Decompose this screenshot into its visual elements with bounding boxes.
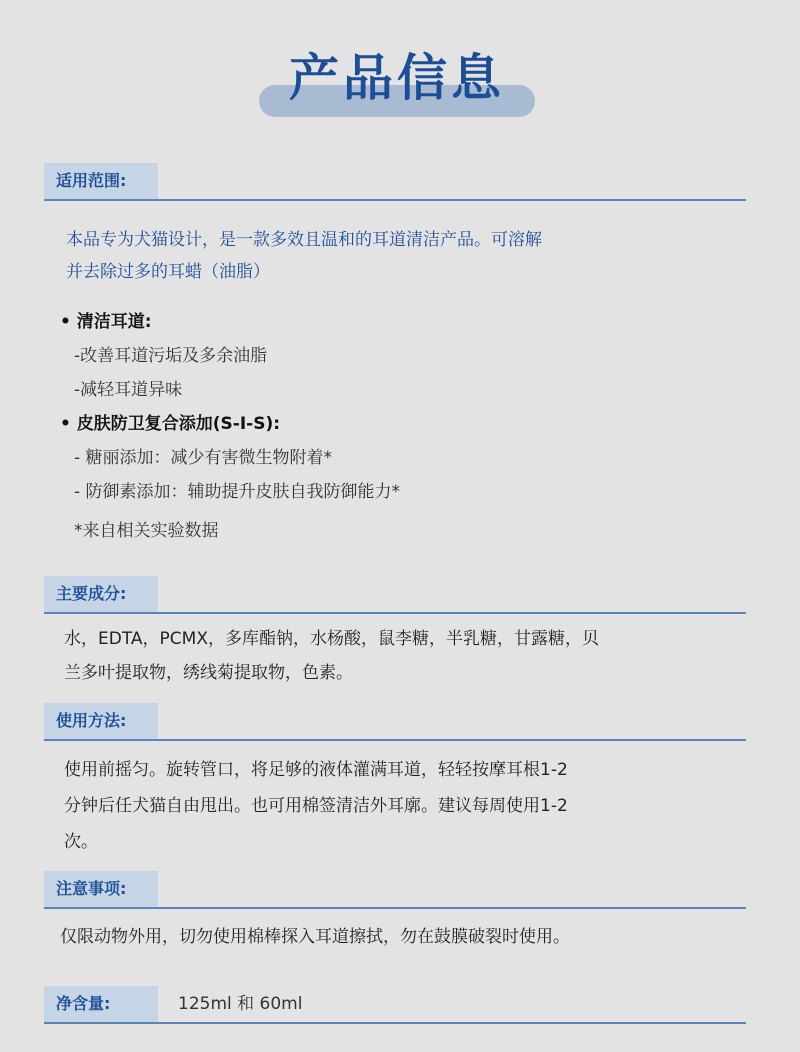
feature-list: • 清洁耳道: -改善耳道污垢及多余油脂 -减轻耳道异味 • 皮肤防卫复合添加(…	[60, 305, 400, 549]
section-header-scope: 适用范围:	[44, 163, 746, 201]
cautions-text: 仅限动物外用，切勿使用棉棒探入耳道擦拭，勿在鼓膜破裂时使用。	[60, 921, 570, 953]
section-label-cautions: 注意事项:	[44, 871, 158, 907]
section-header-cautions: 注意事项:	[44, 871, 746, 909]
section-label-scope: 适用范围:	[44, 163, 158, 199]
section-label-net-content: 净含量:	[44, 986, 158, 1022]
section-header-usage: 使用方法:	[44, 703, 746, 741]
scope-line: 本品专为犬猫设计，是一款多效且温和的耳道清洁产品。可溶解	[66, 224, 542, 256]
ingredients-line: 兰多叶提取物，绣线菊提取物，色素。	[64, 656, 599, 690]
section-header-ingredients: 主要成分:	[44, 576, 746, 614]
scope-line: 并去除过多的耳蜡（油脂）	[66, 256, 542, 288]
net-content-value: 125ml 和 60ml	[178, 986, 302, 1022]
page-title-text: 产品信息	[259, 46, 535, 110]
cautions-line: 仅限动物外用，切勿使用棉棒探入耳道擦拭，勿在鼓膜破裂时使用。	[60, 921, 570, 953]
footnote: *来自相关实验数据	[60, 509, 400, 549]
usage-text: 使用前摇匀。旋转管口，将足够的液体灌满耳道，轻轻按摩耳根1-2 分钟后任犬猫自由…	[64, 752, 568, 860]
feature-item: - 防御素添加：辅助提升皮肤自我防御能力*	[60, 475, 400, 509]
usage-line: 次。	[64, 824, 568, 860]
feature-title-ear-cleaning: • 清洁耳道:	[60, 305, 400, 339]
usage-line: 使用前摇匀。旋转管口，将足够的液体灌满耳道，轻轻按摩耳根1-2	[64, 752, 568, 788]
feature-item: -减轻耳道异味	[60, 373, 400, 407]
scope-description: 本品专为犬猫设计，是一款多效且温和的耳道清洁产品。可溶解 并去除过多的耳蜡（油脂…	[66, 224, 542, 288]
section-header-net-content: 净含量: 125ml 和 60ml	[44, 986, 746, 1024]
section-label-ingredients: 主要成分:	[44, 576, 158, 612]
feature-title-skin-defense: • 皮肤防卫复合添加(S-I-S):	[60, 407, 400, 441]
ingredients-text: 水，EDTA，PCMX，多库酯钠，水杨酸，鼠李糖，半乳糖，甘露糖，贝 兰多叶提取…	[64, 622, 599, 690]
feature-item: -改善耳道污垢及多余油脂	[60, 339, 400, 373]
feature-item: - 糖丽添加：减少有害微生物附着*	[60, 441, 400, 475]
ingredients-line: 水，EDTA，PCMX，多库酯钠，水杨酸，鼠李糖，半乳糖，甘露糖，贝	[64, 622, 599, 656]
page-title: 产品信息	[259, 40, 535, 120]
usage-line: 分钟后任犬猫自由甩出。也可用棉签清洁外耳廓。建议每周使用1-2	[64, 788, 568, 824]
section-label-usage: 使用方法:	[44, 703, 158, 739]
